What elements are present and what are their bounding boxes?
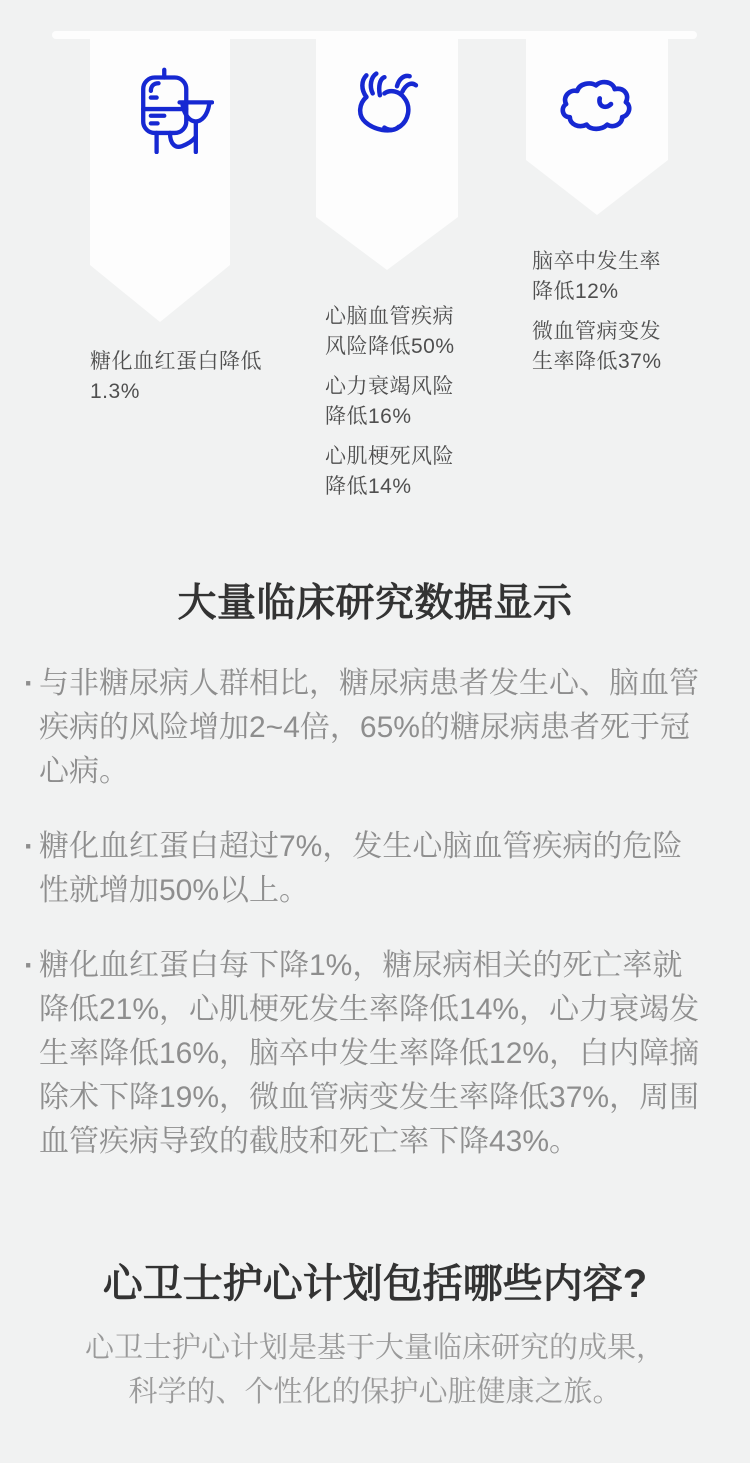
- stat-item: 心肌梗死风险 降低14%: [325, 442, 455, 502]
- stat-item: 脑卒中发生率 降低12%: [532, 247, 662, 307]
- brain-icon: [556, 76, 636, 134]
- ribbon-body: [526, 38, 668, 160]
- stat-column-heart: 心脑血管疾病 风险降低50% 心力衰竭风险 降低16% 心肌梗死风险 降低14%: [325, 302, 455, 502]
- ribbon-arrow-down: [316, 217, 458, 270]
- stat-line: 心肌梗死风险: [325, 442, 455, 472]
- stat-line: 微血管病变发: [532, 317, 662, 347]
- stat-line: 心脑血管疾病: [325, 302, 455, 332]
- stat-line: 心力衰竭风险: [325, 372, 455, 402]
- stat-line: 降低12%: [532, 277, 662, 307]
- section-title-research-data: 大量临床研究数据显示: [0, 580, 750, 628]
- stat-line: 生率降低37%: [532, 347, 662, 377]
- stat-line: 风险降低50%: [325, 332, 455, 362]
- stat-line: 1.3%: [90, 377, 262, 407]
- section-title-plan-contents: 心卫士护心计划包括哪些内容?: [0, 1260, 750, 1308]
- stat-line: 降低14%: [325, 472, 455, 502]
- stat-line: 糖化血红蛋白降低: [90, 347, 262, 377]
- ribbon-arrow-down: [90, 265, 230, 322]
- health-infographic-page: 糖化血红蛋白降低 1.3% 心脑血管疾病 风险降低50% 心力衰竭风险 降低16…: [0, 0, 750, 1463]
- ribbon-arrow-down: [526, 160, 668, 215]
- ribbon-hba1c: [90, 38, 230, 322]
- research-bullet-list: 与非糖尿病人群相比，糖尿病患者发生心、脑血管疾病的风险增加2~4倍，65%的糖尿…: [24, 662, 712, 1164]
- stat-column-brain: 脑卒中发生率 降低12% 微血管病变发 生率降低37%: [532, 247, 662, 377]
- stat-item: 微血管病变发 生率降低37%: [532, 317, 662, 377]
- research-bullet: 与非糖尿病人群相比，糖尿病患者发生心、脑血管疾病的风险增加2~4倍，65%的糖尿…: [24, 662, 712, 794]
- ribbon-brain: [526, 38, 668, 215]
- stat-line: 降低16%: [325, 402, 455, 432]
- ribbon-heart: [316, 38, 458, 270]
- plan-subtitle: 心卫士护心计划是基于大量临床研究的成果， 科学的、个性化的保护心脏健康之旅。: [0, 1326, 750, 1414]
- stat-item: 糖化血红蛋白降低 1.3%: [90, 347, 262, 407]
- research-bullet: 糖化血红蛋白每下降1%，糖尿病相关的死亡率就降低21%，心肌梗死发生率降低14%…: [24, 944, 712, 1164]
- ribbon-body: [90, 38, 230, 265]
- heart-icon: [352, 70, 424, 142]
- stat-line: 脑卒中发生率: [532, 247, 662, 277]
- stat-item: 心脑血管疾病 风险降低50%: [325, 302, 455, 362]
- plan-subtitle-line: 心卫士护心计划是基于大量临床研究的成果，: [0, 1326, 750, 1370]
- plan-subtitle-line: 科学的、个性化的保护心脏健康之旅。: [0, 1370, 750, 1414]
- research-bullet: 糖化血红蛋白超过7%，发生心脑血管疾病的危险性就增加50%以上。: [24, 825, 712, 913]
- ribbon-body: [316, 38, 458, 217]
- stat-item: 心力衰竭风险 降低16%: [325, 372, 455, 432]
- iv-blood-bag-icon: [126, 66, 214, 154]
- stat-column-hba1c: 糖化血红蛋白降低 1.3%: [90, 347, 262, 407]
